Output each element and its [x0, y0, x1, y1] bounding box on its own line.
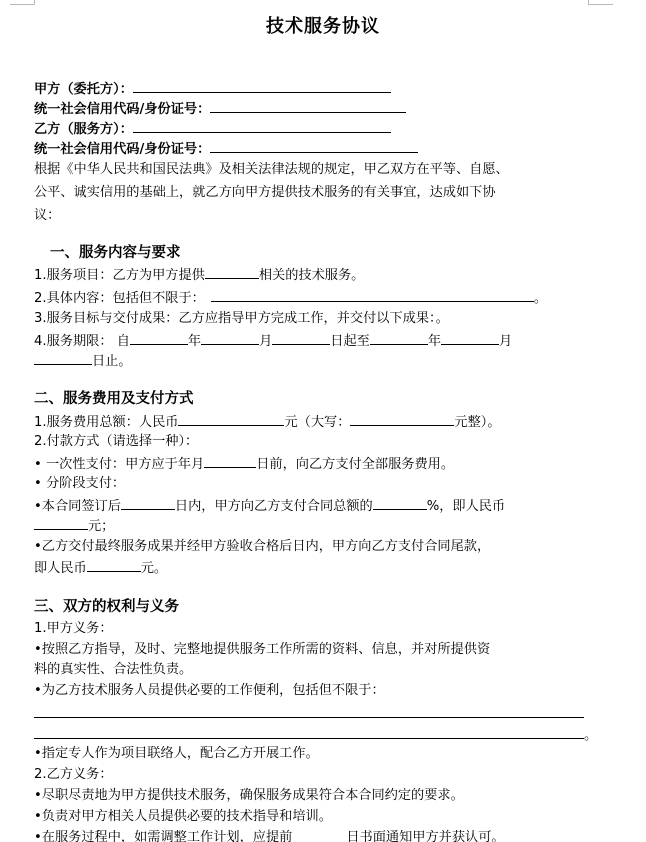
item-text: 月: [499, 334, 512, 349]
party-b-obligations-title: 2.乙方义务：: [34, 765, 113, 785]
party-a-field[interactable]: [133, 78, 391, 93]
start-month-field[interactable]: [201, 330, 259, 345]
stage-2-line-cont: 即人民币元。: [34, 557, 167, 577]
preamble-line: 根据《中华人民共和国民法典》及相关法律法规的规定，甲乙双方在平等、自愿、: [34, 160, 509, 180]
party-b-obligation-3: •在服务过程中，如需调整工作计划，应提前日书面通知甲方并获认可。: [34, 828, 505, 842]
fill-in-line-1[interactable]: [34, 717, 584, 718]
item-text: 日起至: [330, 334, 370, 349]
party-a-line: 甲方（委托方）：: [34, 78, 391, 98]
item-text: •在服务过程中，如需调整工作计划，应提前: [34, 830, 292, 842]
section-1-item-1: 1.服务项目：乙方为甲方提供相关的技术服务。: [34, 264, 364, 284]
stage-1-line: •本合同签订后日内，甲方向乙方支付合同总额的%，即人民币: [34, 495, 505, 515]
end-year-field[interactable]: [370, 330, 428, 345]
item-text: 月: [259, 334, 272, 349]
party-b-field[interactable]: [133, 118, 391, 133]
service-item-field[interactable]: [205, 264, 259, 279]
item-text: 年: [428, 334, 441, 349]
party-b-credit-line: 统一社会信用代码/身份证号：: [34, 138, 418, 158]
fill-in-end: 。: [584, 726, 597, 746]
item-text: 元。: [141, 561, 167, 576]
payment-option-lump-sum: • 一次性支付：甲方应于年月日前，向乙方支付全部服务费用。: [34, 453, 454, 473]
section-1-item-2: 2.具体内容：包括但不限于：。: [34, 287, 547, 307]
party-a-obligation-2: •为乙方技术服务人员提供必要的工作便利，包括但不限于：: [34, 681, 385, 701]
party-a-credit-label: 统一社会信用代码/身份证号：: [34, 102, 210, 117]
item-text: 日书面通知甲方并获认可。: [346, 830, 504, 842]
item-text: 日内，甲方向乙方支付合同总额的: [175, 499, 373, 514]
party-a-label: 甲方（委托方）：: [34, 82, 133, 97]
end-month-field[interactable]: [441, 330, 499, 345]
item-text: 1.服务费用总额：人民币: [34, 415, 178, 430]
item-text: 即人民币: [34, 561, 87, 576]
preamble-line: 议：: [34, 206, 60, 226]
section-2-method: 2.付款方式（请选择一种）：: [34, 432, 198, 452]
page-corner-mark-left: [10, 0, 35, 5]
lump-sum-date-field[interactable]: [204, 453, 256, 468]
document-title: 技术服务协议: [0, 12, 646, 38]
preamble-line: 公平、诚实信用的基础上，就乙方向甲方提供技术服务的有关事宜，达成如下协: [34, 183, 496, 203]
item-text: 年: [188, 334, 201, 349]
payment-option-staged: • 分阶段支付：: [34, 474, 125, 494]
section-1-item-3: 3.服务目标与交付成果：乙方应指导甲方完成工作，并交付以下成果：。: [34, 309, 449, 329]
stage-2-line: •乙方交付最终服务成果并经甲方验收合格后日内，甲方向乙方支付合同尾款，: [34, 537, 490, 557]
stage-1-amount-field[interactable]: [34, 515, 88, 530]
stage-1-line-cont: 元；: [34, 515, 114, 535]
party-b-obligation-1: •尽职尽责地为甲方提供技术服务，确保服务成果符合本合同约定的要求。: [34, 786, 464, 806]
item-text: 元整）。: [454, 415, 500, 430]
content-field[interactable]: [211, 287, 534, 302]
party-a-obligations-title: 1.甲方义务：: [34, 619, 113, 639]
fill-in-line-2[interactable]: [34, 738, 584, 739]
start-year-field[interactable]: [130, 330, 188, 345]
section-3-heading: 三、双方的权利与义务: [34, 597, 179, 617]
section-2-fee: 1.服务费用总额：人民币元（大写：元整）。: [34, 411, 501, 431]
end-day-field[interactable]: [34, 350, 92, 365]
item-text: 。: [534, 291, 547, 306]
item-text: •本合同签订后: [34, 499, 121, 514]
section-2-heading: 二、服务费用及支付方式: [34, 389, 194, 409]
item-text: • 一次性支付：甲方应于年月: [34, 457, 204, 472]
party-b-line: 乙方（服务方）：: [34, 118, 391, 138]
party-a-obligation-1-cont: 料的真实性、合法性负责。: [34, 660, 192, 680]
fee-amount-words-field[interactable]: [350, 411, 454, 426]
party-a-credit-field[interactable]: [210, 98, 406, 113]
party-b-label: 乙方（服务方）：: [34, 122, 133, 137]
item-text: 元；: [88, 519, 114, 534]
party-a-credit-line: 统一社会信用代码/身份证号：: [34, 98, 406, 118]
section-1-heading: 一、服务内容与要求: [50, 243, 181, 263]
start-day-field[interactable]: [272, 330, 330, 345]
item-text: 4.服务期限： 自: [34, 334, 130, 349]
item-text: %，即人民币: [427, 499, 505, 514]
fee-amount-field[interactable]: [178, 411, 284, 426]
page-corner-mark-right: [588, 0, 613, 5]
item-text: 2.具体内容：包括但不限于：: [34, 291, 205, 306]
party-b-credit-field[interactable]: [210, 138, 418, 153]
item-text: 日止。: [92, 354, 132, 369]
party-a-obligation-1: •按照乙方指导，及时、完整地提供服务工作所需的资料、信息，并对所提供资: [34, 640, 490, 660]
section-1-item-4-cont: 日止。: [34, 350, 132, 370]
section-1-item-4: 4.服务期限： 自年月日起至年月: [34, 330, 512, 350]
party-b-obligation-2: •负责对甲方相关人员提供必要的技术指导和培训。: [34, 807, 332, 827]
party-b-credit-label: 统一社会信用代码/身份证号：: [34, 142, 210, 157]
item-text: 元（大写：: [284, 415, 350, 430]
item-text: 相关的技术服务。: [259, 268, 365, 283]
stage-1-percent-field[interactable]: [373, 495, 427, 510]
item-text: 1.服务项目：乙方为甲方提供: [34, 268, 205, 283]
party-a-obligation-3: •指定专人作为项目联络人，配合乙方开展工作。: [34, 744, 319, 764]
stage-2-amount-field[interactable]: [87, 557, 141, 572]
item-text: 日前，向乙方支付全部服务费用。: [256, 457, 454, 472]
stage-1-days-field[interactable]: [121, 495, 175, 510]
